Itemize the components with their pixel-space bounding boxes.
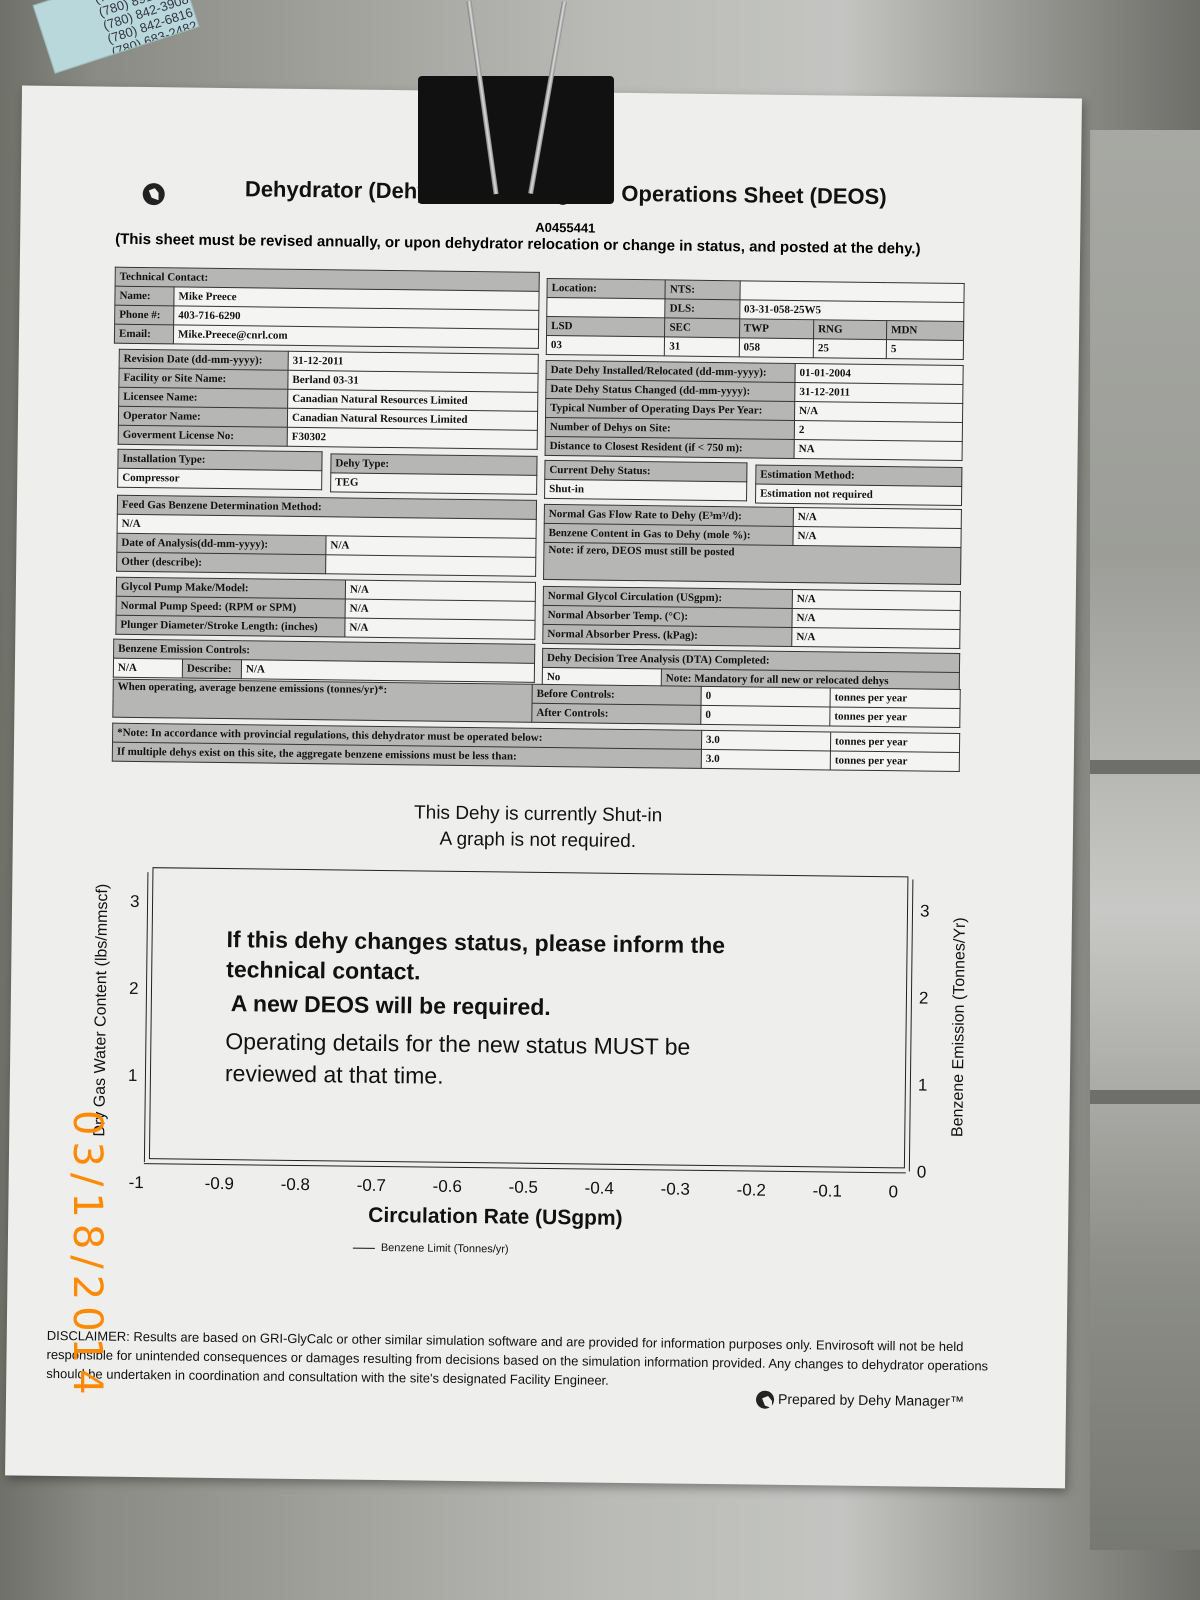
legend-line-icon	[353, 1247, 375, 1248]
dehy-status-table: Current Dehy Status: Shut-in	[544, 460, 747, 501]
contact-email: Mike.Preece@cnrl.com	[173, 325, 538, 348]
x-tick: -0.1	[812, 1181, 842, 1201]
x-tick: -0.2	[736, 1180, 766, 1200]
before-controls-value: 0	[701, 686, 830, 707]
location-table: Location:NTS: DLS:03-31-058-25W5 LSDSECT…	[546, 278, 965, 360]
y2-axis-label: Benzene Emission (Tonnes/Yr)	[949, 917, 970, 1137]
y2-axis	[909, 879, 915, 1171]
phone-list: (780) 624-2000 (780) 891-2400 (780) 842-…	[93, 0, 200, 60]
sticky-note: (780) 624-2000 (780) 891-2400 (780) 842-…	[33, 0, 200, 74]
x-tick: -0.8	[281, 1175, 311, 1195]
x-tick: -0.7	[357, 1176, 387, 1196]
y2-tick: 3	[920, 901, 930, 921]
x-tick: -0.9	[205, 1174, 235, 1194]
dehy-status: Shut-in	[545, 479, 747, 500]
x-tick: -0.5	[508, 1178, 538, 1198]
absorber-table: Normal Glycol Circulation (USgpm):N/A No…	[542, 586, 961, 649]
dehy-manager-logo-icon	[756, 1391, 774, 1409]
x-axis-label: Circulation Rate (USgpm)	[368, 1204, 623, 1231]
message-line: reviewed at that time.	[225, 1060, 444, 1090]
deos-sheet: Dehydrator (Dehy) Engineering and Operat…	[5, 86, 1082, 1489]
y2-tick: 2	[919, 988, 929, 1008]
chart-legend: Benzene Limit (Tonnes/yr)	[353, 1242, 509, 1256]
x-tick: -0.3	[660, 1179, 690, 1199]
emission-controls-table: Benzene Emission Controls: N/ADescribe:N…	[113, 639, 535, 683]
gas-flow-table: Normal Gas Flow Rate to Dehy (E³m³/d):N/…	[543, 504, 962, 585]
x-tick: -0.4	[584, 1178, 614, 1198]
disclaimer: DISCLAIMER: Results are based on GRI-Gly…	[46, 1326, 1007, 1395]
background-rail	[1090, 1090, 1200, 1104]
x-tick: -1	[129, 1173, 144, 1193]
technical-contact-table: Technical Contact: Name:Mike Preece Phon…	[114, 267, 540, 349]
legend-label: Benzene Limit (Tonnes/yr)	[381, 1242, 509, 1256]
message-line: technical contact.	[226, 956, 421, 985]
x-tick: -0.6	[432, 1177, 462, 1197]
after-controls-value: 0	[701, 705, 830, 726]
facility-table: Revision Date (dd-mm-yyyy):31-12-2011 Fa…	[118, 349, 539, 450]
limits-table: *Note: In accordance with provincial reg…	[112, 723, 960, 772]
y-tick: 3	[130, 892, 140, 912]
y2-tick: 0	[917, 1163, 927, 1183]
background-frame	[1090, 130, 1200, 1550]
message-line: Operating details for the new status MUS…	[225, 1028, 690, 1061]
y-tick: 1	[128, 1066, 138, 1086]
y-axis-label: Dry Gas Water Content (lbs/mmscf)	[91, 884, 112, 1137]
binder-clip	[418, 76, 614, 204]
background-rail	[1090, 760, 1200, 774]
y2-tick: 1	[918, 1075, 928, 1095]
prepared-by: Prepared by Dehy Manager™	[756, 1391, 964, 1412]
feed-gas-table: Feed Gas Benzene Determination Method: N…	[116, 495, 537, 577]
x-tick: 0	[888, 1182, 898, 1202]
dates-table: Date Dehy Installed/Relocated (dd-mm-yyy…	[545, 360, 964, 461]
camera-date-stamp: 03/18/2014	[64, 1110, 110, 1401]
y-tick: 2	[129, 979, 139, 999]
dehy-manager-logo-icon	[143, 183, 165, 205]
glycol-pump-table: Glycol Pump Make/Model:N/A Normal Pump S…	[115, 577, 536, 640]
dehy-type-table: Dehy Type: TEG	[330, 453, 537, 495]
installation-type-table: Installation Type: Compressor	[117, 449, 322, 491]
estimation-method-table: Estimation Method: Estimation not requir…	[755, 465, 962, 507]
message-line: A new DEOS will be required.	[231, 990, 551, 1021]
